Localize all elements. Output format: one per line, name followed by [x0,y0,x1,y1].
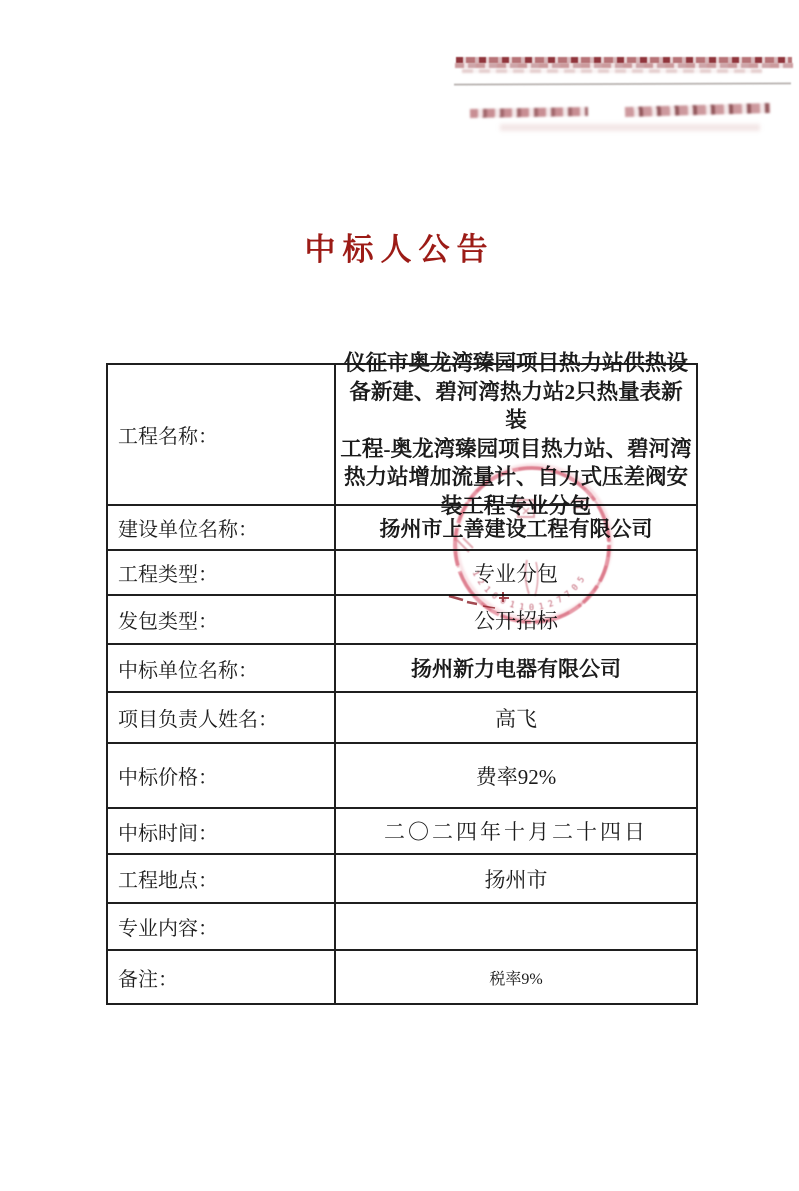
row-label: 工程名称： [108,365,336,504]
row-value: 费率92% [336,744,696,807]
row-value: 扬州市 [336,855,696,902]
table-row-winning-price: 中标价格： 费率92% [108,744,696,809]
ink-smudge-top [456,57,792,63]
row-value: 扬州市上善建设工程有限公司 [336,506,696,549]
row-label: 工程地点： [108,855,336,902]
table-row-winning-date: 中标时间： 二〇二四年十月二十四日 [108,809,696,855]
row-label: 专业内容： [108,904,336,949]
row-value: 二〇二四年十月二十四日 [336,809,696,853]
ink-smudge-top-3 [462,69,762,73]
table-row-winning-unit: 中标单位名称： 扬州新力电器有限公司 [108,645,696,693]
row-value: 高飞 [336,693,696,742]
row-label: 中标单位名称： [108,645,336,691]
pencil-line-artifact [454,82,791,85]
row-label: 发包类型： [108,596,336,643]
table-row-project-name: 工程名称： 仪征市奥龙湾臻园项目热力站供热设 备新建、碧河湾热力站2只热量表新装… [108,365,696,506]
table-row-project-type: 工程类型： 专业分包 [108,551,696,596]
row-label: 中标时间： [108,809,336,853]
ink-smudge-middle-left [470,107,588,118]
row-label: 备注： [108,951,336,1003]
row-value: 仪征市奥龙湾臻园项目热力站供热设 备新建、碧河湾热力站2只热量表新装 工程-奥龙… [336,365,696,504]
table-row-project-manager: 项目负责人姓名： 高飞 [108,693,696,744]
ink-smudge-echo [500,124,760,131]
row-label: 中标价格： [108,744,336,807]
table-row-remarks: 备注： 税率9% [108,951,696,1003]
page-title: 中标人公告 [0,224,799,269]
ink-smudge-top-2 [455,63,793,68]
row-value: 专业分包 [336,551,696,594]
table-row-tender-type: 发包类型： 公开招标 [108,596,696,645]
scanned-announcement-page: 中标人公告 工程名称： 仪征市奥龙湾臻园项目热力站供热设 备新建、碧河湾热力站2… [0,0,799,1191]
row-label: 项目负责人姓名： [108,693,336,742]
ink-smudge-middle-right [625,103,770,117]
row-value [336,904,696,949]
table-row-construction-unit: 建设单位名称： 扬州市上善建设工程有限公司 [108,506,696,551]
row-label: 建设单位名称： [108,506,336,549]
row-value: 扬州新力电器有限公司 [336,645,696,691]
announcement-table: 工程名称： 仪征市奥龙湾臻园项目热力站供热设 备新建、碧河湾热力站2只热量表新装… [106,363,698,1005]
row-value: 公开招标 [336,596,696,643]
row-value: 税率9% [336,951,696,1003]
table-row-specialty-content: 专业内容： [108,904,696,951]
table-row-project-location: 工程地点： 扬州市 [108,855,696,904]
row-label: 工程类型： [108,551,336,594]
